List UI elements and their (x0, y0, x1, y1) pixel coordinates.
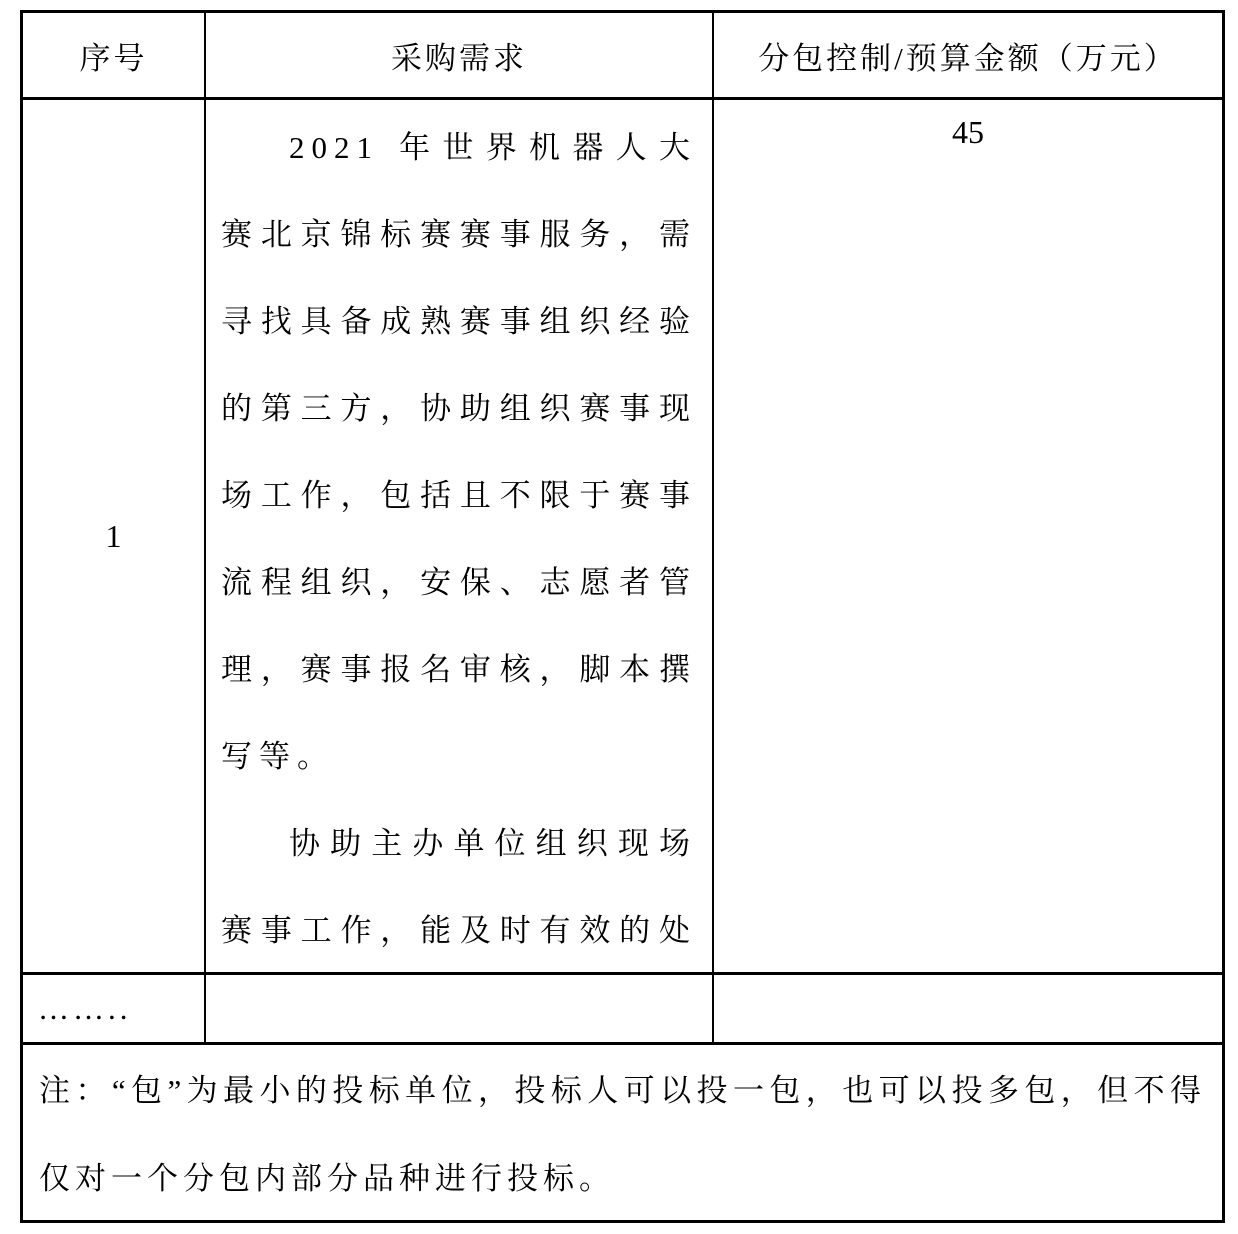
header-requirement: 采购需求 (204, 13, 712, 97)
header-seq: 序号 (23, 13, 204, 97)
cell-empty-requirement (204, 975, 712, 1042)
table-row-ellipsis: …….. (23, 972, 1222, 1042)
table-header-row: 序号 采购需求 分包控制/预算金额（万元） (23, 13, 1222, 97)
requirement-paragraph-1: 2021 年世界机器人大赛北京锦标赛赛事服务，需寻找具备成熟赛事组织经验的第三方… (221, 104, 697, 800)
header-amount: 分包控制/预算金额（万元） (712, 13, 1222, 97)
cell-budget-amount: 45 (712, 100, 1222, 972)
cell-empty-amount (712, 975, 1222, 1042)
cell-requirement-text: 2021 年世界机器人大赛北京锦标赛赛事服务，需寻找具备成熟赛事组织经验的第三方… (204, 100, 712, 972)
cell-seq-number: 1 (23, 100, 204, 972)
requirement-paragraph-2: 协助主办单位组织现场赛事工作，能及时有效的处理现场特发情况。 (221, 800, 697, 972)
procurement-table: 序号 采购需求 分包控制/预算金额（万元） 1 2021 年世界机器人大赛北京锦… (20, 10, 1225, 1223)
note-text: 注：“包”为最小的投标单位，投标人可以投一包，也可以投多包，但不得仅对一个分包内… (39, 1047, 1206, 1223)
note-cell: 注：“包”为最小的投标单位，投标人可以投一包，也可以投多包，但不得仅对一个分包内… (23, 1045, 1222, 1220)
table-row: 1 2021 年世界机器人大赛北京锦标赛赛事服务，需寻找具备成熟赛事组织经验的第… (23, 97, 1222, 972)
document-page: 序号 采购需求 分包控制/预算金额（万元） 1 2021 年世界机器人大赛北京锦… (0, 0, 1238, 1234)
cell-ellipsis: …….. (23, 975, 204, 1042)
table-note-row: 注：“包”为最小的投标单位，投标人可以投一包，也可以投多包，但不得仅对一个分包内… (23, 1042, 1222, 1220)
